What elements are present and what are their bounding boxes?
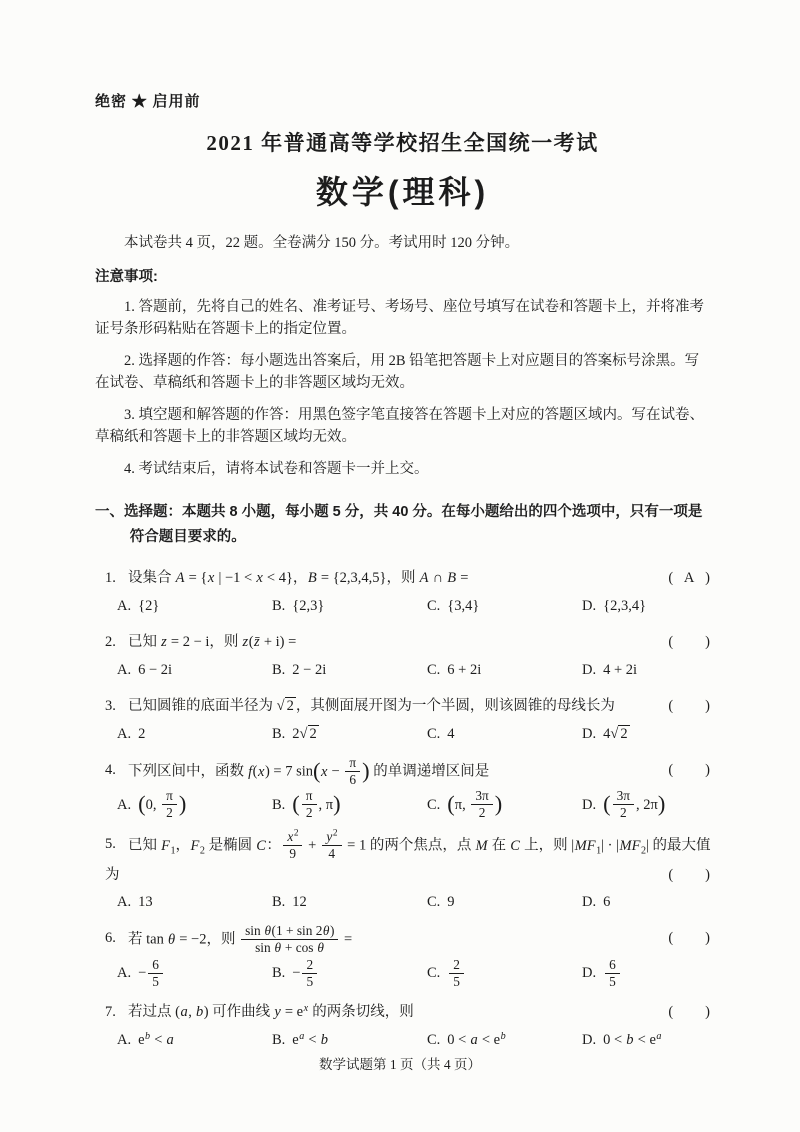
option-content: {2,3} xyxy=(292,598,324,614)
option-b: B.12 xyxy=(272,889,427,916)
question-stem: 若 tan θ = −2，则 sin θ(1 + sin 2θ)sin θ + … xyxy=(128,924,352,956)
fraction-numerator: 2 xyxy=(302,957,317,974)
fraction-numerator: x2 xyxy=(283,829,303,846)
option-content: eb < a xyxy=(138,1032,174,1048)
paren-open: ( xyxy=(668,867,673,883)
fraction-denominator: 2 xyxy=(302,805,317,821)
question-stem-row: 1.设集合 A = {x | −1 < x < 4}，B = {2,3,4,5}… xyxy=(105,564,710,592)
option-d: D.{2,3,4} xyxy=(582,593,646,620)
fraction-denominator: 2 xyxy=(471,805,492,821)
fraction: π6 xyxy=(345,755,360,787)
fraction-numerator: sin θ(1 + sin 2θ) xyxy=(241,923,338,940)
option-a: A.6 − 2i xyxy=(117,657,272,684)
math-variable: C xyxy=(510,838,521,854)
square-root: √2 xyxy=(610,721,629,748)
notice-heading: 注意事项: xyxy=(95,265,710,286)
question-item: 4.下列区间中，函数 f(x) = 7 sin(x − π6) 的单调递增区间是… xyxy=(105,756,710,822)
fraction: 3π2 xyxy=(471,788,492,820)
paren-close: ) xyxy=(705,867,710,883)
question-stem: 下列区间中，函数 f(x) = 7 sin(x − π6) 的单调递增区间是 xyxy=(128,756,489,788)
option-label: D. xyxy=(582,965,596,981)
question-number: 1. xyxy=(105,564,128,592)
fraction: y24 xyxy=(322,829,342,861)
option-content: 2√2 xyxy=(292,726,318,742)
math-variable: θ xyxy=(167,932,175,948)
option-content: 2 xyxy=(138,726,145,742)
option-label: D. xyxy=(582,598,596,614)
math-variable: M xyxy=(475,838,488,854)
option-content: 13 xyxy=(138,894,153,910)
math-variable: θ xyxy=(264,923,272,938)
fraction: x29 xyxy=(283,829,303,861)
fraction-numerator: 2 xyxy=(449,957,464,974)
option-b: B.2√2 xyxy=(272,721,427,748)
option-b: B.2 − 2i xyxy=(272,657,427,684)
option-d: D.65 xyxy=(582,958,622,990)
radicand: 2 xyxy=(618,725,629,742)
option-label: D. xyxy=(582,662,596,678)
option-content: 25 xyxy=(447,965,466,981)
math-variable: F xyxy=(161,838,171,854)
math-variable: b xyxy=(320,1032,328,1048)
option-label: C. xyxy=(427,965,440,981)
math-variable: MF xyxy=(619,838,641,854)
math-variable: b xyxy=(145,1031,151,1042)
math-variable: x xyxy=(258,764,265,780)
option-a: A.13 xyxy=(117,889,272,916)
option-label: B. xyxy=(272,1032,285,1048)
classification-label: 绝密 ★ 启用前 xyxy=(95,90,710,111)
answer-bracket: () xyxy=(668,692,710,720)
option-content: −25 xyxy=(292,965,319,981)
multiple-choice-questions: 1.设集合 A = {x | −1 < x < 4}，B = {2,3,4,5}… xyxy=(95,564,710,1054)
answer-bracket: () xyxy=(668,756,710,784)
option-label: D. xyxy=(582,894,596,910)
question-number: 3. xyxy=(105,692,128,720)
question-stem-row: 5.已知 F1，F2 是椭圆 C：x29 + y24 = 1 的两个焦点，点 M… xyxy=(105,830,710,862)
option-content: 4 xyxy=(447,726,454,742)
options-row: A.2B.2√2C.4D.4√2 xyxy=(117,721,710,748)
math-variable: a xyxy=(656,1031,662,1042)
option-c: C.{3,4} xyxy=(427,593,582,620)
question-stem-row: 3.已知圆锥的底面半径为 √2，其侧面展开图为一个半圆，则该圆锥的母线长为() xyxy=(105,692,710,720)
fraction-denominator: 2 xyxy=(162,805,177,821)
fraction-denominator: sin θ + cos θ xyxy=(241,940,338,956)
big-paren-close: ) xyxy=(658,791,665,816)
big-paren-close: ) xyxy=(362,758,369,783)
option-label: C. xyxy=(427,726,440,742)
question-item: 3.已知圆锥的底面半径为 √2，其侧面展开图为一个半圆，则该圆锥的母线长为()A… xyxy=(105,692,710,748)
superscript: b xyxy=(145,1031,151,1042)
math-variable: b xyxy=(500,1031,506,1042)
fraction-denominator: 9 xyxy=(283,846,303,862)
option-d: D.4√2 xyxy=(582,721,630,748)
fraction-numerator: y2 xyxy=(322,829,342,846)
radical-sign: √ xyxy=(300,726,308,742)
subscript: 2 xyxy=(200,845,205,856)
fraction: π2 xyxy=(162,788,177,820)
option-content: (π, 3π2) xyxy=(447,797,502,813)
option-d: D.6 xyxy=(582,889,610,916)
answer-bracket: (A) xyxy=(668,564,710,592)
option-b: B.(π2, π) xyxy=(272,789,427,821)
fraction-numerator: π xyxy=(302,788,317,805)
option-content: 6 + 2i xyxy=(447,662,481,678)
math-variable: A xyxy=(175,570,185,586)
paren-open: ( xyxy=(668,634,673,650)
option-content: 0 < a < eb xyxy=(447,1032,506,1048)
option-content: 65 xyxy=(603,965,622,981)
math-variable: B xyxy=(447,570,457,586)
math-variable: y xyxy=(326,829,333,844)
big-paren-open: ( xyxy=(292,791,299,816)
fraction-numerator: 3π xyxy=(471,788,492,805)
math-variable: x xyxy=(303,1003,309,1014)
subscript: 2 xyxy=(641,845,646,856)
option-content: −65 xyxy=(138,965,165,981)
math-variable: z xyxy=(242,634,249,650)
option-label: C. xyxy=(427,1032,440,1048)
exam-title: 2021 年普通高等学校招生全国统一考试 xyxy=(95,127,710,157)
notice-item-2: 2. 选择题的作答：每小题选出答案后，用 2B 铅笔把答题卡上对应题目的答案标号… xyxy=(95,350,710,394)
option-d: D.0 < b < ea xyxy=(582,1027,662,1054)
option-content: 9 xyxy=(447,894,454,910)
option-content: ea < b xyxy=(292,1032,328,1048)
question-stem: 已知 z = 2 − i，则 z(z̄ + i) = xyxy=(128,628,296,656)
option-label: D. xyxy=(582,797,596,813)
fraction-denominator: 2 xyxy=(613,805,634,821)
answer-bracket: () xyxy=(668,862,710,888)
math-variable: C xyxy=(256,838,267,854)
option-label: A. xyxy=(117,894,131,910)
options-row: A.(0, π2)B.(π2, π)C.(π, 3π2)D.(3π2, 2π) xyxy=(117,789,710,821)
option-content: 2 − 2i xyxy=(292,662,326,678)
subject-title: 数学(理科) xyxy=(95,167,710,213)
radicand: 2 xyxy=(308,725,319,742)
question-stem-row: 2.已知 z = 2 − i，则 z(z̄ + i) =() xyxy=(105,628,710,656)
question-stem-row: 4.下列区间中，函数 f(x) = 7 sin(x − π6) 的单调递增区间是… xyxy=(105,756,710,788)
math-variable: A xyxy=(419,570,429,586)
page-footer: 数学试题第 1 页（共 4 页） xyxy=(0,1053,800,1073)
option-c: C.25 xyxy=(427,958,582,990)
math-variable: x xyxy=(207,570,214,586)
paper-info: 本试卷共 4 页，22 题。全卷满分 150 分。考试用时 120 分钟。 xyxy=(95,231,710,252)
option-label: A. xyxy=(117,598,131,614)
question-stem: 已知圆锥的底面半径为 √2，其侧面展开图为一个半圆，则该圆锥的母线长为 xyxy=(128,692,615,720)
option-b: B.{2,3} xyxy=(272,593,427,620)
fraction-denominator: 6 xyxy=(345,772,360,788)
options-row: A.13B.12C.9D.6 xyxy=(117,889,710,916)
option-c: C.6 + 2i xyxy=(427,657,582,684)
question-stem-continued: 为 xyxy=(105,862,120,888)
fraction-numerator: π xyxy=(345,755,360,772)
question-number: 6. xyxy=(105,924,128,952)
options-row: A.eb < aB.ea < bC.0 < a < ebD.0 < b < ea xyxy=(117,1027,710,1054)
math-variable: b xyxy=(195,1004,203,1020)
big-paren-open: ( xyxy=(603,791,610,816)
math-variable: a xyxy=(470,1032,478,1048)
option-content: 6 − 2i xyxy=(138,662,172,678)
math-variable: θ xyxy=(317,940,325,955)
option-label: D. xyxy=(582,726,596,742)
notice-item-3: 3. 填空题和解答题的作答：用黑色签字笔直接答在答题卡上对应的答题区域内。写在试… xyxy=(95,404,710,448)
math-variable: z xyxy=(161,634,168,650)
paren-close: ) xyxy=(705,570,710,586)
question-stem: 设集合 A = {x | −1 < x < 4}，B = {2,3,4,5}，则… xyxy=(128,564,468,592)
option-label: A. xyxy=(117,965,131,981)
superscript: 2 xyxy=(294,829,299,839)
math-variable: θ xyxy=(322,923,330,938)
question-stem-row: 6.若 tan θ = −2，则 sin θ(1 + sin 2θ)sin θ … xyxy=(105,924,710,956)
question-number: 4. xyxy=(105,756,128,784)
fraction-numerator: π xyxy=(162,788,177,805)
radicand: 2 xyxy=(285,697,296,714)
question-number: 7. xyxy=(105,998,128,1026)
fraction-denominator: 5 xyxy=(605,974,620,990)
paren-close: ) xyxy=(705,698,710,714)
fraction-numerator: 6 xyxy=(148,957,163,974)
option-c: C.0 < a < eb xyxy=(427,1027,582,1054)
superscript: a xyxy=(656,1031,662,1042)
paren-close: ) xyxy=(705,762,710,778)
fraction: 25 xyxy=(302,957,317,989)
option-content: 0 < b < ea xyxy=(603,1032,662,1048)
answer-bracket: () xyxy=(668,998,710,1026)
question-item: 6.若 tan θ = −2，则 sin θ(1 + sin 2θ)sin θ … xyxy=(105,924,710,990)
fraction: sin θ(1 + sin 2θ)sin θ + cos θ xyxy=(241,923,338,955)
superscript: 2 xyxy=(333,829,338,839)
option-c: C.9 xyxy=(427,889,582,916)
option-label: A. xyxy=(117,662,131,678)
paren-open: ( xyxy=(668,1004,673,1020)
option-content: (3π2, 2π) xyxy=(603,797,665,813)
option-a: A.eb < a xyxy=(117,1027,272,1054)
option-content: 6 xyxy=(603,894,610,910)
paren-close: ) xyxy=(705,930,710,946)
option-label: C. xyxy=(427,598,440,614)
option-label: B. xyxy=(272,662,285,678)
big-paren-open: ( xyxy=(447,791,454,816)
question-stem: 若过点 (a, b) 可作曲线 y = ex 的两条切线，则 xyxy=(128,998,414,1026)
math-variable: F xyxy=(190,838,200,854)
superscript: x xyxy=(303,1003,309,1014)
option-label: D. xyxy=(582,1032,596,1048)
notice-item-4: 4. 考试结束后，请将本试卷和答题卡一并上交。 xyxy=(95,458,710,480)
option-content: 4 + 2i xyxy=(603,662,637,678)
option-content: 4√2 xyxy=(603,726,629,742)
subscript: 1 xyxy=(170,845,175,856)
option-label: B. xyxy=(272,965,285,981)
notice-item-1: 1. 答题前，先将自己的姓名、准考证号、考场号、座位号填写在试卷和答题卡上，并将… xyxy=(95,296,710,340)
paren-open: ( xyxy=(668,698,673,714)
math-variable: a xyxy=(180,1004,188,1020)
square-root: √2 xyxy=(300,721,319,748)
fraction: π2 xyxy=(302,788,317,820)
question-item: 2.已知 z = 2 − i，则 z(z̄ + i) =()A.6 − 2iB.… xyxy=(105,628,710,684)
math-variable: f xyxy=(248,764,253,780)
math-variable: θ xyxy=(274,940,282,955)
question-number: 5. xyxy=(105,830,128,858)
option-d: D.4 + 2i xyxy=(582,657,637,684)
answer-letter: A xyxy=(673,564,705,592)
paren-open: ( xyxy=(668,930,673,946)
option-content: (π2, π) xyxy=(292,797,340,813)
option-b: B.−25 xyxy=(272,958,427,990)
math-variable: b xyxy=(626,1032,634,1048)
fraction-denominator: 5 xyxy=(449,974,464,990)
math-variable: x xyxy=(256,570,263,586)
superscript: b xyxy=(500,1031,506,1042)
option-label: A. xyxy=(117,726,131,742)
option-label: A. xyxy=(117,797,131,813)
option-label: B. xyxy=(272,894,285,910)
question-stem: 已知 F1，F2 是椭圆 C：x29 + y24 = 1 的两个焦点，点 M 在… xyxy=(128,830,711,862)
math-variable: z̄ xyxy=(254,634,261,650)
option-label: B. xyxy=(272,726,285,742)
question-item: 1.设集合 A = {x | −1 < x < 4}，B = {2,3,4,5}… xyxy=(105,564,710,620)
option-a: A.{2} xyxy=(117,593,272,620)
math-variable: a xyxy=(299,1031,305,1042)
math-variable: B xyxy=(307,570,317,586)
fraction-denominator: 5 xyxy=(148,974,163,990)
fraction: 65 xyxy=(148,957,163,989)
paren-close: ) xyxy=(705,634,710,650)
fraction: 65 xyxy=(605,957,620,989)
fraction: 25 xyxy=(449,957,464,989)
option-content: (0, π2) xyxy=(138,797,186,813)
question-item: 7.若过点 (a, b) 可作曲线 y = ex 的两条切线，则()A.eb <… xyxy=(105,998,710,1054)
question-stem-row-2: 为() xyxy=(105,862,710,888)
options-row: A.−65B.−25C.25D.65 xyxy=(117,958,710,990)
option-a: A.−65 xyxy=(117,958,272,990)
option-content: {2,3,4} xyxy=(603,598,646,614)
answer-bracket: () xyxy=(668,924,710,952)
fraction-denominator: 4 xyxy=(322,846,342,862)
option-label: B. xyxy=(272,797,285,813)
radical-sign: √ xyxy=(277,698,285,714)
option-label: C. xyxy=(427,797,440,813)
option-label: C. xyxy=(427,894,440,910)
big-paren-open: ( xyxy=(138,791,145,816)
big-paren-close: ) xyxy=(333,791,340,816)
paren-open: ( xyxy=(668,762,673,778)
question-number: 2. xyxy=(105,628,128,656)
question-stem-row: 7.若过点 (a, b) 可作曲线 y = ex 的两条切线，则() xyxy=(105,998,710,1026)
big-paren-close: ) xyxy=(179,791,186,816)
answer-bracket: () xyxy=(668,628,710,656)
options-row: A.{2}B.{2,3}C.{3,4}D.{2,3,4} xyxy=(117,593,710,620)
exam-paper-page: 绝密 ★ 启用前 2021 年普通高等学校招生全国统一考试 数学(理科) 本试卷… xyxy=(0,0,800,1132)
option-label: C. xyxy=(427,662,440,678)
question-item: 5.已知 F1，F2 是椭圆 C：x29 + y24 = 1 的两个焦点，点 M… xyxy=(105,830,710,916)
fraction-numerator: 3π xyxy=(613,788,634,805)
math-variable: MF xyxy=(574,838,596,854)
math-variable: x xyxy=(287,829,294,844)
subscript: 1 xyxy=(596,845,601,856)
fraction-denominator: 5 xyxy=(302,974,317,990)
math-variable: y xyxy=(274,1004,281,1020)
option-content: 12 xyxy=(292,894,307,910)
option-label: A. xyxy=(117,1032,131,1048)
option-content: {3,4} xyxy=(447,598,479,614)
option-d: D.(3π2, 2π) xyxy=(582,789,665,821)
option-label: B. xyxy=(272,598,285,614)
options-row: A.6 − 2iB.2 − 2iC.6 + 2iD.4 + 2i xyxy=(117,657,710,684)
math-variable: x xyxy=(320,764,327,780)
fraction: 3π2 xyxy=(613,788,634,820)
option-a: A.2 xyxy=(117,721,272,748)
option-b: B.ea < b xyxy=(272,1027,427,1054)
option-c: C.4 xyxy=(427,721,582,748)
option-content: {2} xyxy=(138,598,159,614)
option-c: C.(π, 3π2) xyxy=(427,789,582,821)
superscript: a xyxy=(299,1031,305,1042)
big-paren-close: ) xyxy=(495,791,502,816)
square-root: √2 xyxy=(277,692,296,720)
section-heading: 一、选择题：本题共 8 小题，每小题 5 分，共 40 分。在每小题给出的四个选… xyxy=(95,500,710,550)
fraction-numerator: 6 xyxy=(605,957,620,974)
paren-close: ) xyxy=(705,1004,710,1020)
page-content: 绝密 ★ 启用前 2021 年普通高等学校招生全国统一考试 数学(理科) 本试卷… xyxy=(0,0,800,1054)
option-a: A.(0, π2) xyxy=(117,789,272,821)
math-variable: a xyxy=(166,1032,174,1048)
